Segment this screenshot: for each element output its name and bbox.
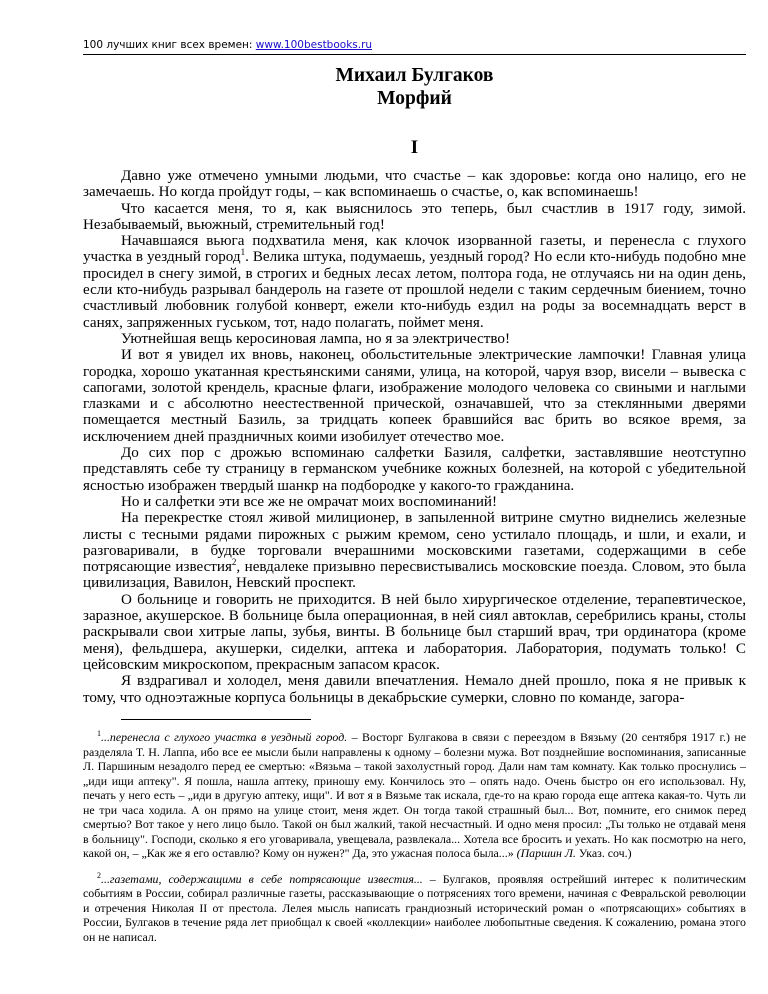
footnote-2: 2...газетами, содержащими в себе потряса…	[83, 872, 746, 945]
title-block: Михаил Булгаков Морфий	[83, 64, 746, 110]
footnote-quote: ...газетами, содержащими в себе потрясаю…	[101, 872, 423, 886]
footnote-text: – Восторг Булгакова в связи с переездом …	[83, 730, 746, 860]
paragraph: Начавшаяся вьюга подхватила меня, как кл…	[83, 233, 746, 331]
paragraph: На перекрестке стоял живой милиционер, в…	[83, 510, 746, 591]
running-header: 100 лучших книг всех времен: www.100best…	[83, 38, 746, 55]
footnote-quote: ...перенесла с глухого участка в уездный…	[101, 730, 347, 744]
footnote-divider	[121, 719, 311, 720]
body-text: Давно уже отмечено умными людьми, что сч…	[83, 168, 746, 706]
work-title: Морфий	[83, 87, 746, 110]
paragraph: Но и салфетки эти все же не омрачат моих…	[83, 494, 746, 510]
paragraph: Я вздрагивал и холодел, меня давили впеч…	[83, 673, 746, 706]
footnote-source: Указ. соч.)	[576, 846, 632, 860]
footnote-1: 1...перенесла с глухого участка в уездны…	[83, 730, 746, 861]
paragraph: И вот я увидел их вновь, наконец, обольс…	[83, 347, 746, 445]
footnotes: 1...перенесла с глухого участка в уездны…	[83, 730, 746, 955]
paragraph: Что касается меня, то я, как выяснилось …	[83, 201, 746, 234]
paragraph: О больнице и говорить не приходится. В н…	[83, 592, 746, 673]
paragraph: До сих пор с дрожью вспоминаю салфетки Б…	[83, 445, 746, 494]
paragraph: Уютнейшая вещь керосиновая лампа, но я з…	[83, 331, 746, 347]
chapter-heading: I	[83, 137, 746, 159]
author-name: Михаил Булгаков	[83, 64, 746, 87]
footnote-source-author: (Паршин Л.	[517, 846, 576, 860]
paragraph: Давно уже отмечено умными людьми, что сч…	[83, 168, 746, 201]
header-prefix: 100 лучших книг всех времен:	[83, 39, 256, 51]
site-link[interactable]: www.100bestbooks.ru	[256, 39, 372, 51]
